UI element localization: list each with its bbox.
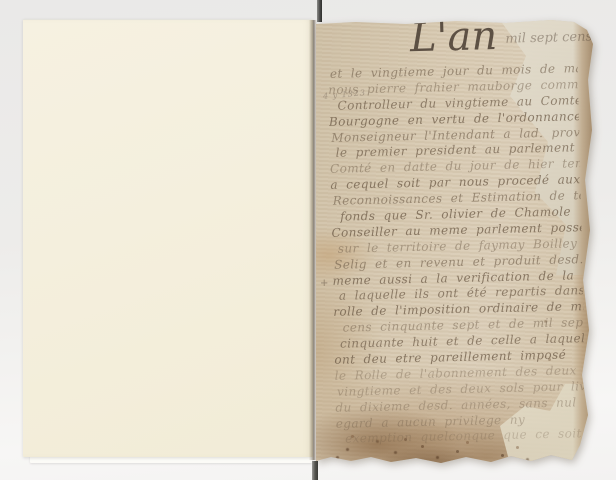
opening-rest: mil sept cens xyxy=(505,29,592,46)
gutter-shadow xyxy=(309,20,317,460)
margin-mark: + xyxy=(320,278,328,289)
manuscript-scan: 4 y 1323 + L'an mil sept cens et le ving… xyxy=(0,0,616,480)
opening-initial: L'an xyxy=(409,13,497,61)
binding-rod-bottom xyxy=(312,461,318,480)
manuscript-text-block: et le vingtieme jour du mois de mars nou… xyxy=(328,61,587,448)
right-page-manuscript: 4 y 1323 + L'an mil sept cens et le ving… xyxy=(316,20,593,464)
binding-rod-top xyxy=(317,0,322,22)
left-page-blank-flyleaf xyxy=(23,19,313,457)
